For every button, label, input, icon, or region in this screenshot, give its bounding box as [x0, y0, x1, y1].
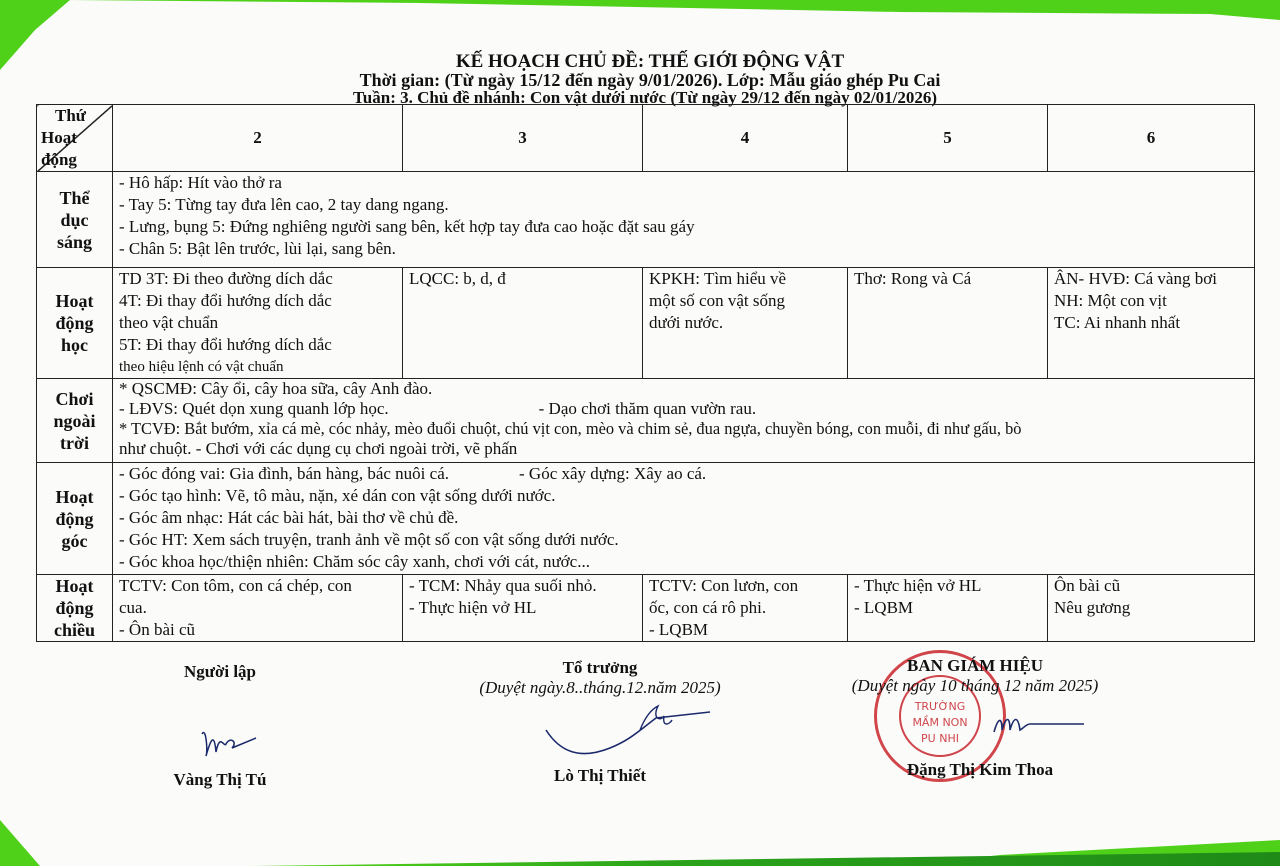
row-header-line: sáng	[43, 231, 106, 253]
content-line: ốc, con cá rô phi.	[649, 597, 841, 619]
team-leader-signature-icon	[540, 700, 720, 760]
content-line: - Thực hiện vở HL	[854, 575, 1041, 597]
board-signature-icon	[990, 708, 1090, 742]
content-line: TCTV: Con tôm, con cá chép, con	[119, 575, 396, 597]
row-header-line: Hoạt	[43, 575, 106, 597]
team-leader-role: Tổ trưởng	[440, 658, 760, 678]
row-header-line: Thể	[43, 187, 106, 209]
row-header-line: động	[43, 508, 106, 530]
hoc-cell-day-6: ÂN- HVĐ: Cá vàng bơi NH: Một con vịt TC:…	[1048, 268, 1255, 379]
board-role: BAN GIÁM HIỆU	[820, 656, 1130, 676]
content-line: cua.	[119, 597, 396, 619]
preparer-signature-block: Người lập	[140, 662, 300, 682]
corner-bottom-label: động	[41, 149, 108, 171]
row-header-line: góc	[43, 530, 106, 552]
hoc-cell-day-2: TD 3T: Đi theo đường dích dắc 4T: Đi tha…	[113, 268, 403, 379]
content-line: ÂN- HVĐ: Cá vàng bơi	[1054, 268, 1248, 290]
table-header-row: Thứ Hoạt động 2 3 4 5 6	[37, 105, 1255, 172]
the-duc-sang-content: - Hô hấp: Hít vào thở ra - Tay 5: Từng t…	[113, 172, 1255, 268]
row-header-line: ngoài	[43, 410, 106, 432]
content-line: theo hiệu lệnh có vật chuẩn	[119, 356, 396, 378]
table-row: Hoạt động chiều TCTV: Con tôm, con cá ch…	[37, 575, 1255, 642]
day-header-4: 4	[643, 105, 848, 172]
table-row: Chơi ngoài trời * QSCMĐ: Cây ổi, cây hoa…	[37, 379, 1255, 463]
content-line: - Góc khoa học/thiện nhiên: Chăm sóc cây…	[119, 551, 1248, 573]
content-line: - Ôn bài cũ	[119, 619, 396, 641]
content-line: Thơ: Rong và Cá	[854, 268, 1041, 290]
row-header-line: Hoạt	[43, 486, 106, 508]
team-leader-name: Lò Thị Thiết	[440, 766, 760, 786]
hoat-dong-goc-content: - Góc đóng vai: Gia đình, bán hàng, bác …	[113, 463, 1255, 575]
preparer-signature-icon	[196, 722, 266, 762]
table-row: Hoạt động học TD 3T: Đi theo đường dích …	[37, 268, 1255, 379]
row-header-hoat-dong-hoc: Hoạt động học	[37, 268, 113, 379]
day-header-5: 5	[848, 105, 1048, 172]
content-line: Nêu gương	[1054, 597, 1248, 619]
content-line: như chuột. - Chơi với các dụng cụ chơi n…	[119, 439, 1248, 459]
document-header: KẾ HOẠCH CHỦ ĐỀ: THẾ GIỚI ĐỘNG VẬT Thời …	[0, 52, 1280, 106]
chieu-cell-day-4: TCTV: Con lươn, con ốc, con cá rô phi. -…	[643, 575, 848, 642]
content-line: KPKH: Tìm hiểu về	[649, 268, 841, 290]
row-header-line: trời	[43, 432, 106, 454]
row-header-choi-ngoai-troi: Chơi ngoài trời	[37, 379, 113, 463]
stamp-line: MẦM NON	[901, 715, 979, 731]
content-line: dưới nước.	[649, 312, 841, 334]
chieu-cell-day-2: TCTV: Con tôm, con cá chép, con cua. - Ô…	[113, 575, 403, 642]
board-approval: (Duyệt ngày 10 tháng 12 năm 2025)	[820, 676, 1130, 696]
day-header-2: 2	[113, 105, 403, 172]
preparer-name: Vàng Thị Tú	[140, 770, 300, 790]
hoc-cell-day-3: LQCC: b, d, đ	[403, 268, 643, 379]
board-signature-block: BAN GIÁM HIỆU (Duyệt ngày 10 tháng 12 nă…	[820, 656, 1130, 696]
row-header-line: học	[43, 334, 106, 356]
corner-mid-label: Hoạt	[41, 127, 108, 149]
content-line: TC: Ai nhanh nhất	[1054, 312, 1248, 334]
hoc-cell-day-4: KPKH: Tìm hiểu về một số con vật sống dư…	[643, 268, 848, 379]
content-line: - Góc HT: Xem sách truyện, tranh ảnh về …	[119, 529, 1248, 551]
content-line: - TCM: Nhảy qua suối nhỏ.	[409, 575, 636, 597]
chieu-cell-day-6: Ôn bài cũ Nêu gương	[1048, 575, 1255, 642]
content-line: 4T: Đi thay đổi hướng dích dắc	[119, 290, 396, 312]
content-line: - Hô hấp: Hít vào thở ra	[119, 172, 1248, 194]
row-header-line: động	[43, 597, 106, 619]
content-line: Ôn bài cũ	[1054, 575, 1248, 597]
row-header-line: Hoạt	[43, 290, 106, 312]
table-row: Hoạt động góc - Góc đóng vai: Gia đình, …	[37, 463, 1255, 575]
document-title: KẾ HOẠCH CHỦ ĐỀ: THẾ GIỚI ĐỘNG VẬT	[0, 52, 1280, 72]
preparer-name-block: Vàng Thị Tú	[140, 770, 300, 790]
row-header-line: dục	[43, 209, 106, 231]
content-line: - Dạo chơi thăm quan vườn rau.	[539, 399, 756, 418]
day-header-6: 6	[1048, 105, 1255, 172]
team-leader-name-block: Lò Thị Thiết	[440, 766, 760, 786]
content-line: * QSCMĐ: Cây ổi, cây hoa sữa, cây Anh đà…	[119, 379, 1248, 399]
content-line: * TCVĐ: Bắt bướm, xỉa cá mè, cóc nhảy, m…	[119, 419, 1248, 439]
stamp-line: TRƯỜNG	[901, 699, 979, 715]
content-line: theo vật chuẩn	[119, 312, 396, 334]
content-line: - Góc tạo hình: Vẽ, tô màu, nặn, xé dán …	[119, 485, 1248, 507]
day-header-3: 3	[403, 105, 643, 172]
time-line: Thời gian: (Từ ngày 15/12 đến ngày 9/01/…	[0, 72, 1280, 89]
team-leader-approval: (Duyệt ngày.8..tháng.12.năm 2025)	[440, 678, 760, 698]
board-name: Đặng Thị Kim Thoa	[820, 760, 1140, 780]
stamp-line: PU NHI	[901, 731, 979, 747]
preparer-role: Người lập	[140, 662, 300, 682]
weekly-plan-table: Thứ Hoạt động 2 3 4 5 6 Thể dục sáng - H…	[36, 104, 1255, 642]
content-line: - Tay 5: Từng tay đưa lên cao, 2 tay dan…	[119, 194, 1248, 216]
row-header-the-duc-sang: Thể dục sáng	[37, 172, 113, 268]
content-line: - LQBM	[854, 597, 1041, 619]
content-line: NH: Một con vịt	[1054, 290, 1248, 312]
content-line: TCTV: Con lươn, con	[649, 575, 841, 597]
content-line: - Góc xây dựng: Xây ao cá.	[519, 464, 706, 483]
row-header-line: chiều	[43, 619, 106, 641]
content-line: - LQBM	[649, 619, 841, 641]
row-header-line: động	[43, 312, 106, 334]
content-line: TD 3T: Đi theo đường dích dắc	[119, 268, 396, 290]
content-line: - Lưng, bụng 5: Đứng nghiêng người sang …	[119, 216, 1248, 238]
content-line: - Thực hiện vở HL	[409, 597, 636, 619]
content-line: một số con vật sống	[649, 290, 841, 312]
content-line: LQCC: b, d, đ	[409, 268, 636, 290]
content-line: 5T: Đi thay đổi hướng dích dắc	[119, 334, 396, 356]
hoc-cell-day-5: Thơ: Rong và Cá	[848, 268, 1048, 379]
content-line: - Chân 5: Bật lên trước, lùi lại, sang b…	[119, 238, 1248, 260]
table-row: Thể dục sáng - Hô hấp: Hít vào thở ra - …	[37, 172, 1255, 268]
choi-ngoai-troi-content: * QSCMĐ: Cây ổi, cây hoa sữa, cây Anh đà…	[113, 379, 1255, 463]
content-line: - Góc âm nhạc: Hát các bài hát, bài thơ …	[119, 507, 1248, 529]
row-header-hoat-dong-goc: Hoạt động góc	[37, 463, 113, 575]
chieu-cell-day-5: - Thực hiện vở HL - LQBM	[848, 575, 1048, 642]
corner-cell: Thứ Hoạt động	[37, 105, 113, 172]
board-name-block: Đặng Thị Kim Thoa	[820, 760, 1140, 780]
row-header-line: Chơi	[43, 388, 106, 410]
row-header-hoat-dong-chieu: Hoạt động chiều	[37, 575, 113, 642]
team-leader-signature-block: Tổ trưởng (Duyệt ngày.8..tháng.12.năm 20…	[440, 658, 760, 698]
corner-top-label: Thứ	[41, 105, 108, 127]
content-line: - LĐVS: Quét dọn xung quanh lớp học.	[119, 399, 389, 418]
chieu-cell-day-3: - TCM: Nhảy qua suối nhỏ. - Thực hiện vở…	[403, 575, 643, 642]
content-line: - Góc đóng vai: Gia đình, bán hàng, bác …	[119, 464, 449, 483]
